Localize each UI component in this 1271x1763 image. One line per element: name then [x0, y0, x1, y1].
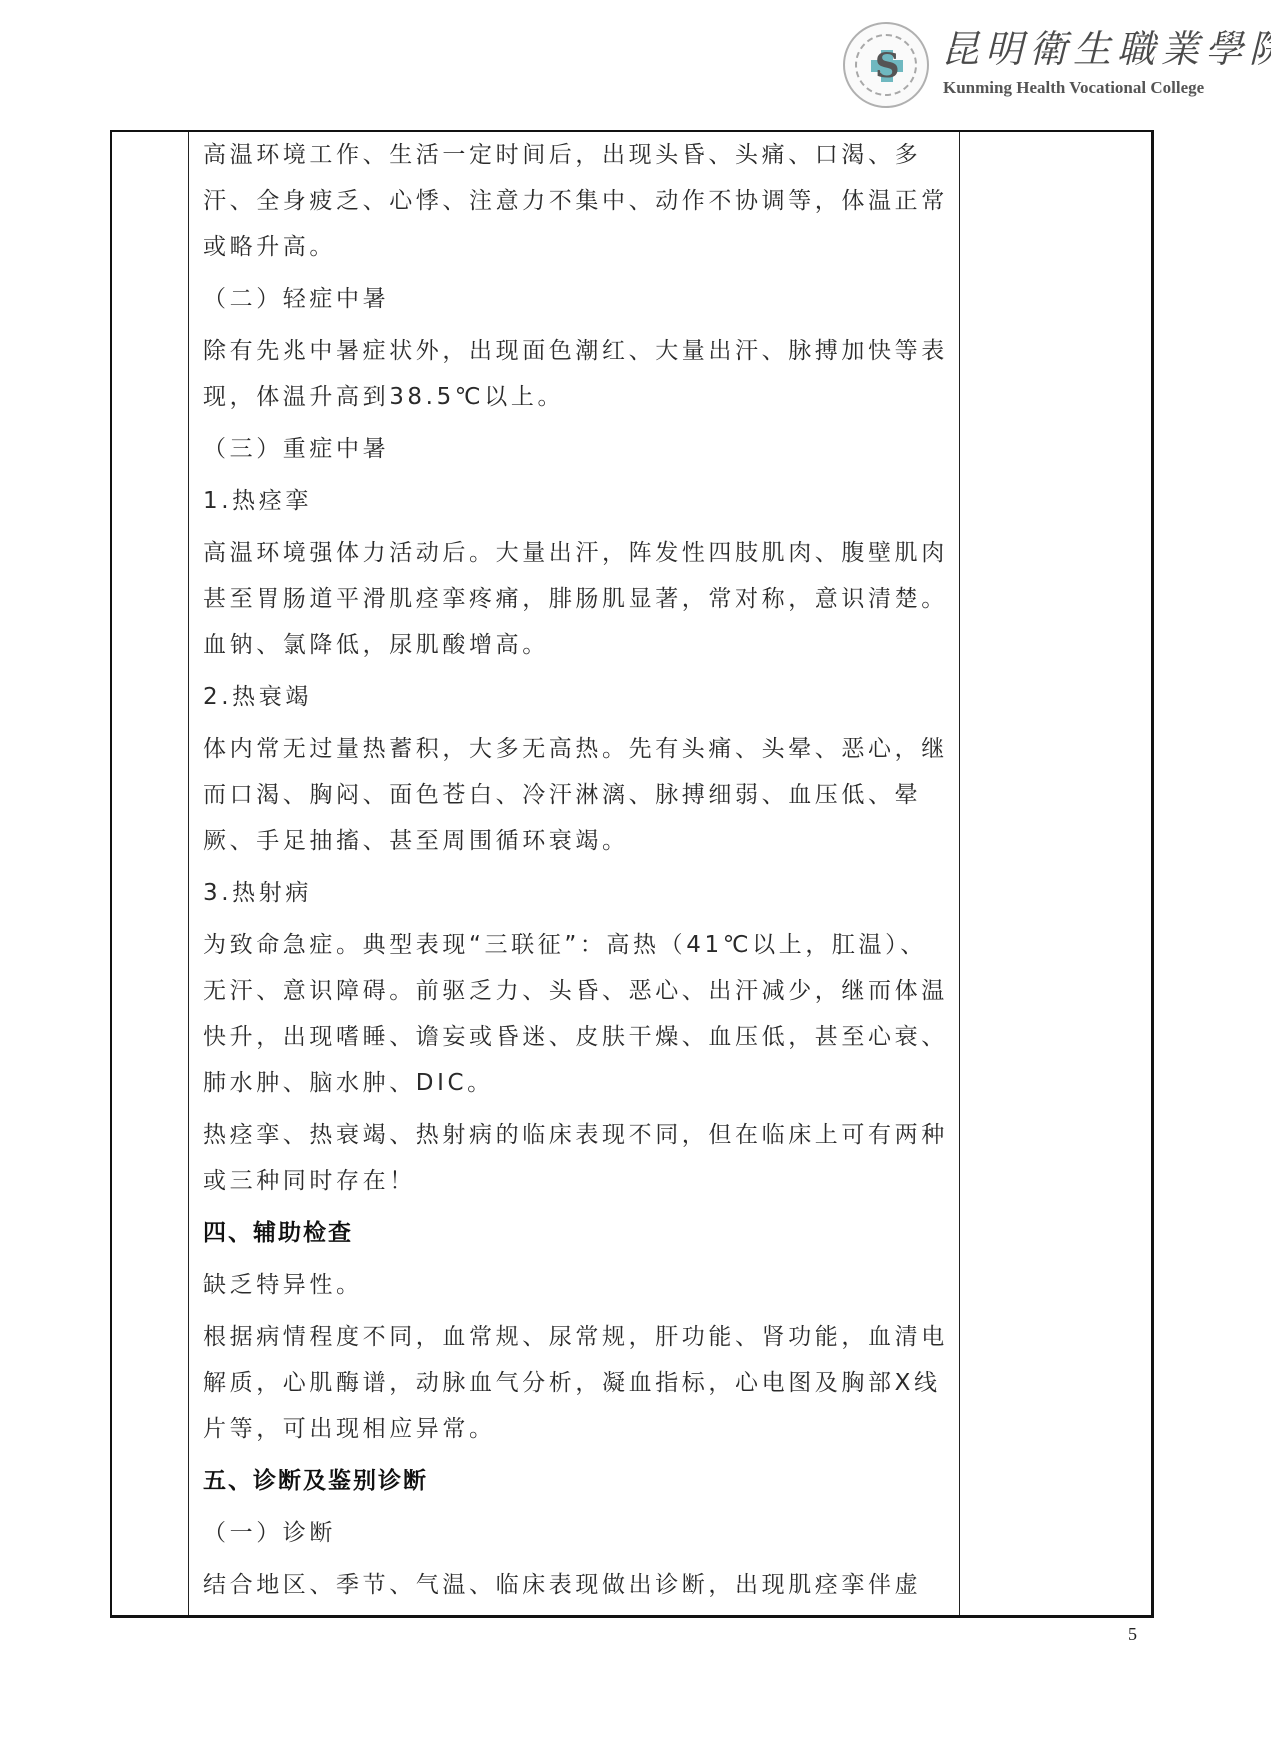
lesson-plan-table: 高温环境工作、生活一定时间后，出现头昏、头痛、口渴、多汗、全身疲乏、心悸、注意力… [110, 130, 1154, 1618]
page-number: 5 [1128, 1624, 1137, 1645]
paragraph-diagnosis: 结合地区、季节、气温、临床表现做出诊断，出现肌痉挛伴虚 [203, 1562, 948, 1608]
seal-letter: S [875, 46, 899, 86]
subheading-mild-heatstroke: （二）轻症中暑 [203, 276, 948, 322]
subheading-heat-cramps: 1.热痉挛 [203, 478, 948, 524]
heading-diagnosis: 五、诊断及鉴别诊断 [203, 1458, 948, 1504]
table-right-column [959, 132, 1151, 1615]
table-content-column: 高温环境工作、生活一定时间后，出现头昏、头痛、口渴、多汗、全身疲乏、心悸、注意力… [189, 132, 962, 1615]
paragraph-prodromal-symptoms: 高温环境工作、生活一定时间后，出现头昏、头痛、口渴、多汗、全身疲乏、心悸、注意力… [203, 132, 948, 270]
subheading-severe-heatstroke: （三）重症中暑 [203, 426, 948, 472]
subheading-heat-exhaustion: 2.热衰竭 [203, 674, 948, 720]
college-seal-icon: S [843, 22, 929, 108]
college-name-chinese: 昆明衛生職業學院 [941, 26, 1271, 72]
heading-auxiliary-exams: 四、辅助检查 [203, 1210, 948, 1256]
paragraph-coexistence-note: 热痉挛、热衰竭、热射病的临床表现不同，但在临床上可有两种或三种同时存在！ [203, 1112, 948, 1204]
subheading-diagnosis: （一）诊断 [203, 1510, 948, 1556]
paragraph-heat-cramps: 高温环境强体力活动后。大量出汗，阵发性四肢肌肉、腹壁肌肉甚至胃肠道平滑肌痉挛疼痛… [203, 530, 948, 668]
paragraph-exam-list: 根据病情程度不同，血常规、尿常规，肝功能、肾功能，血清电解质，心肌酶谱，动脉血气… [203, 1314, 948, 1452]
paragraph-mild-heatstroke: 除有先兆中暑症状外，出现面色潮红、大量出汗、脉搏加快等表现，体温升高到38.5℃… [203, 328, 948, 420]
table-left-column [112, 132, 189, 1615]
subheading-heat-stroke: 3.热射病 [203, 870, 948, 916]
college-name-english: Kunming Health Vocational College [943, 78, 1204, 98]
paragraph-nonspecific: 缺乏特异性。 [203, 1262, 948, 1308]
college-logo: S 昆明衛生職業學院 Kunming Health Vocational Col… [843, 22, 1243, 112]
paragraph-heat-exhaustion: 体内常无过量热蓄积，大多无高热。先有头痛、头晕、恶心，继而口渴、胸闷、面色苍白、… [203, 726, 948, 864]
paragraph-heat-stroke: 为致命急症。典型表现“三联征”：高热（41℃以上，肛温）、无汗、意识障碍。前驱乏… [203, 922, 948, 1106]
